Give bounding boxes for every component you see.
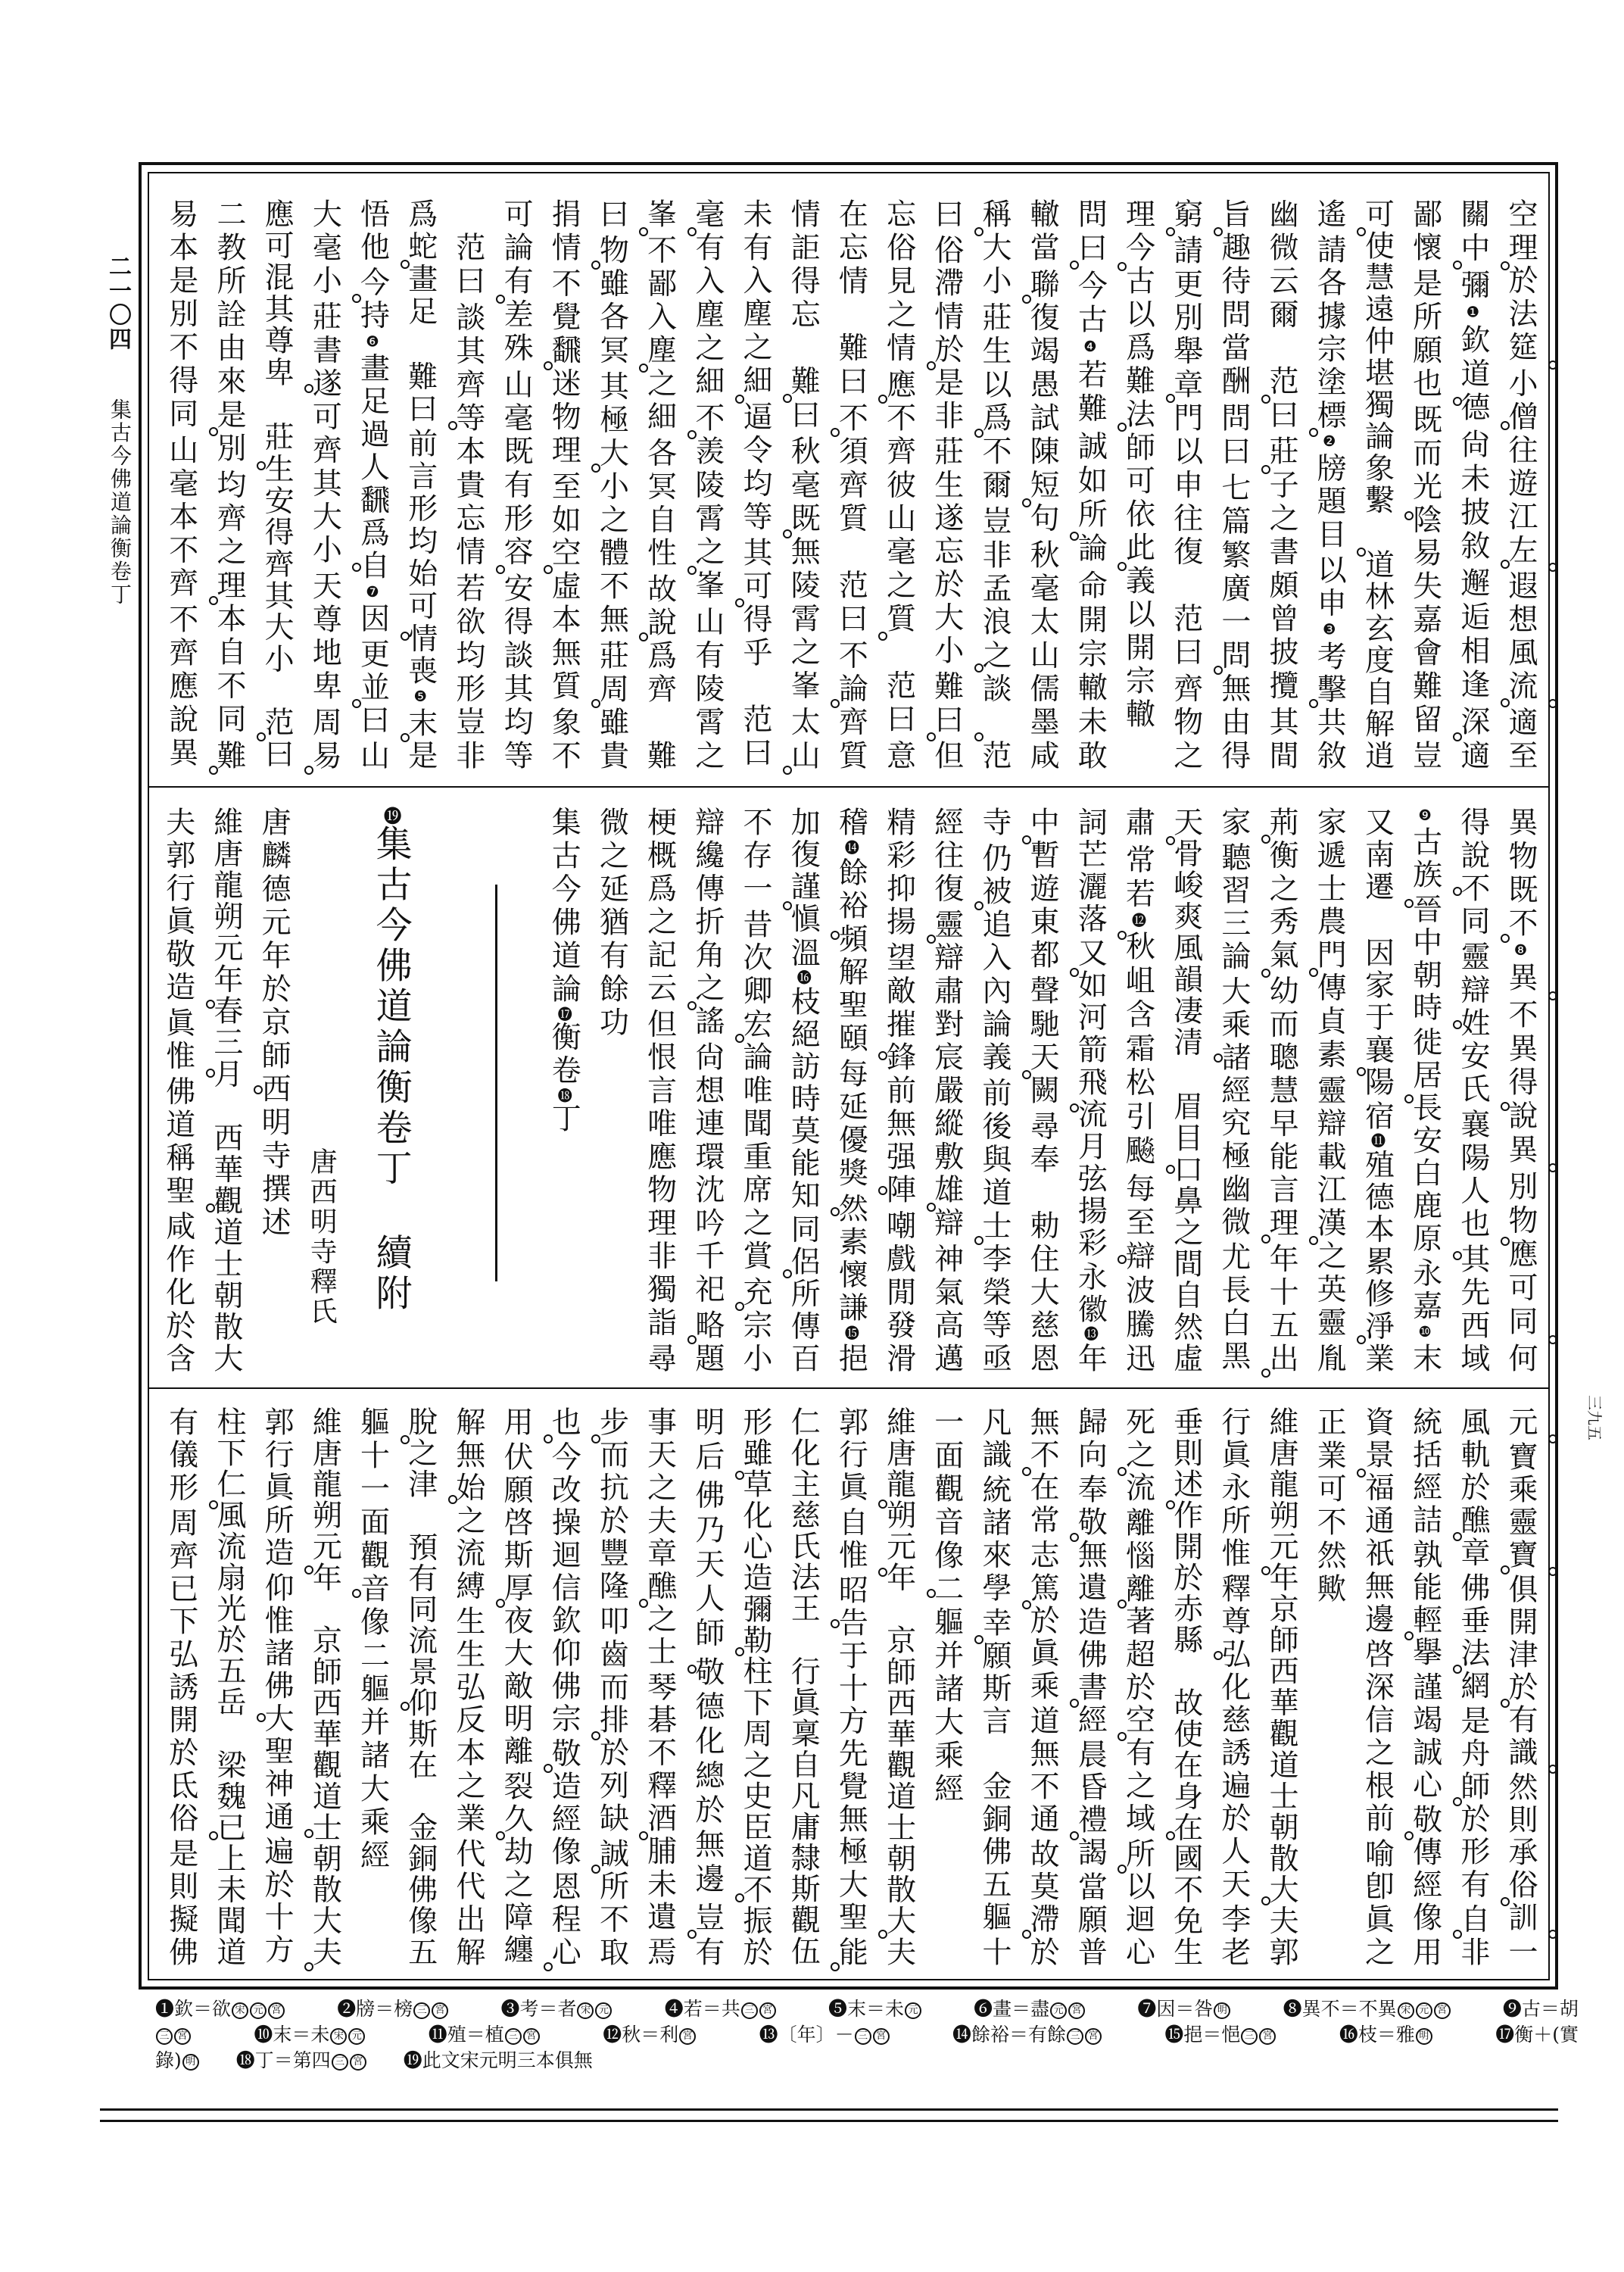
edition-siglum: 元 bbox=[905, 2002, 921, 2019]
edition-siglum: 元 bbox=[250, 2002, 267, 2019]
section-title-suffix: 續附 bbox=[369, 1234, 412, 1315]
scroll-end-title: 集古今佛道論⓱衡卷⓲丁 bbox=[540, 807, 588, 1373]
text-column: 垂則述作開於赤縣。 故使在身在國不免生 bbox=[1162, 1406, 1210, 1967]
edition-siglum: 三 bbox=[855, 2028, 871, 2045]
edition-siglum: 元 bbox=[595, 2002, 612, 2019]
footnote-marker: ❹ bbox=[1081, 338, 1099, 359]
text-column: 寺。仍被追入內論義。前後與道士李榮等亟 bbox=[971, 807, 1018, 1373]
footnote: 三宮 bbox=[155, 2022, 192, 2048]
text-column: 梗概爲之記云。但恨言唯應物理非獨詣。尋 bbox=[635, 807, 683, 1373]
text-column: 辯纔傳折角之謠。尙想連環沈吟千祀。略題 bbox=[684, 807, 731, 1373]
text-column: 不存一。昔次卿宏論唯聞重席之賞。充宗小 bbox=[731, 807, 779, 1373]
footnote: ❿末＝未宋元 bbox=[254, 2022, 366, 2048]
text-column: 二教所詮由來是別。均齊之理本自不同。難 bbox=[205, 198, 253, 770]
text-column: 遙。請各據宗塗標❷牓題目。以申❸考擊共敘 bbox=[1305, 198, 1353, 770]
text-column: 轍當。聯復竭愚試陳短句。秋毫太山儒墨咸 bbox=[1018, 198, 1066, 770]
side-page-number: 三九五 bbox=[1585, 1395, 1604, 1440]
text-column: 風軌於醮章。佛垂法網。是舟師於形有。自非 bbox=[1449, 1406, 1497, 1967]
edition-siglum: 三 bbox=[1067, 2028, 1083, 2045]
footnote-marker: ❽ bbox=[1512, 941, 1529, 962]
text-column: 脫之津。 預有同流景仰斯在 金銅佛像五 bbox=[397, 1406, 444, 1967]
text-column: 理。今古以爲難。法師可依此義以開宗轍 bbox=[1114, 198, 1161, 770]
text-column: 情詎得忘 難曰。秋毫既無陵霄之峯。太山 bbox=[779, 198, 827, 770]
footnote: ⓲丁＝第四三宮 bbox=[236, 2048, 367, 2074]
footnotes: ❶欽＝欲宋元宮 ❷牓＝榜三宮 ❸考＝者宋元 ❹若＝共三宮 ❺末＝未元 ❻畫＝盡元… bbox=[155, 1996, 1579, 2074]
footnote-marker: ⓯ bbox=[842, 1325, 859, 1343]
edition-siglum: 元 bbox=[348, 2028, 365, 2045]
text-column: 悟他。今持❻畫足過人飜爲自❼因。更並曰。山 bbox=[348, 198, 396, 770]
register-divider-upper bbox=[149, 786, 1548, 788]
footnote-marker: ❺ bbox=[412, 688, 429, 707]
text-column: 問曰。今古❹若難。誠如所論。命開宗轍未敢 bbox=[1066, 198, 1114, 770]
footnote: ⓱衡＋(實 bbox=[1495, 2022, 1579, 2048]
text-column: 無不在常。志篤於眞乘。道無不通。故莫滯於 bbox=[1018, 1406, 1066, 1967]
text-column: 正業。可不然歟 bbox=[1305, 1406, 1353, 1967]
text-column: 也。今改操迴信欽仰佛宗。敬造經像。恩程心 bbox=[540, 1406, 588, 1967]
text-column: 肅。常若⓬秋岨含霜松引飈。每至辯波騰迅 bbox=[1114, 807, 1161, 1373]
text-column: 死之流。離惱離著超於空有之域。所以迴心 bbox=[1114, 1406, 1161, 1967]
text-column: 未有入塵之細。逼令均等。其可得乎 范曰。 bbox=[731, 198, 779, 770]
edition-siglum: 明 bbox=[1214, 2002, 1230, 2019]
middle-register: 異物既不❽異。不異得說異。別物應可同。何 得說不同。靈辯姓安氏。襄陽人也。其先西… bbox=[151, 807, 1545, 1373]
text-column: 有儀形。周齊已下弘誘開於氐俗。是則擬佛 bbox=[157, 1406, 205, 1967]
text-column: 精彩抑揚。望敵摧鋒前無强陣。嘲戲閒發滑 bbox=[874, 807, 922, 1373]
edition-siglum: 宋 bbox=[577, 2002, 594, 2019]
text-column: 天骨峻爽風韻凄清。 眉目口鼻之間自然虛 bbox=[1162, 807, 1210, 1373]
footnote-marker: ⓰ bbox=[794, 969, 812, 986]
edition-siglum: 宮 bbox=[350, 2054, 366, 2071]
footnote: ⓯挹＝悒三宮 bbox=[1164, 2022, 1276, 2048]
author-line: 唐西明寺釋氏 bbox=[298, 807, 345, 1373]
text-column: 解無始之流縛。生生弘反本之業。代代出解 bbox=[444, 1406, 492, 1967]
text-column: 爲蛇畫足 難曰。前言形均始可情喪❺末是 bbox=[397, 198, 444, 770]
footnote-marker: ❼ bbox=[364, 583, 382, 603]
text-column: 維唐龍朔元年。 京師西華觀道士朝散大夫 bbox=[874, 1406, 922, 1967]
footnote-marker: ⓮ bbox=[842, 840, 859, 857]
text-column: 行眞永所惟。釋尊弘化慈誘遍於人天。李老 bbox=[1210, 1406, 1258, 1967]
footnote: ⓰枝＝雅明 bbox=[1339, 2022, 1433, 2048]
text-column: 形雖草化心造彌勒柱下周之史臣道不振於 bbox=[731, 1406, 779, 1967]
footnote: 錄)明 bbox=[155, 2048, 200, 2074]
page-number: 二一〇四 bbox=[104, 254, 130, 351]
edition-siglum: 宋 bbox=[232, 2002, 248, 2019]
text-column: 曰。物雖各冥。其極大小之體不無。莊周雖貴 bbox=[588, 198, 635, 770]
text-column: 幽微云爾 范曰。莊子之書頗曾披攬。其間 bbox=[1258, 198, 1305, 770]
text-column: 在忘情 難曰。不須齊質 范曰。不論齊質 bbox=[827, 198, 874, 770]
edition-siglum: 元 bbox=[1050, 2002, 1067, 2019]
footnote: ❻畫＝盡元宮 bbox=[974, 1996, 1086, 2022]
edition-siglum: 宋 bbox=[330, 2028, 347, 2045]
edition-siglum: 三 bbox=[741, 2002, 758, 2019]
edition-siglum: 宮 bbox=[759, 2002, 776, 2019]
footnote: ❸考＝者宋元 bbox=[500, 1996, 613, 2022]
text-column: 軀。十一面觀音像二軀。并諸大乘經 bbox=[348, 1406, 396, 1967]
edition-siglum: 明 bbox=[182, 2054, 199, 2071]
footnote-marker: ❻ bbox=[364, 332, 382, 352]
footnote-marker: ⓫ bbox=[1368, 1133, 1386, 1150]
footnote-marker: ⓲ bbox=[555, 1088, 572, 1103]
text-column: 仁化主慈氏法王。 行眞稟自凡庸隸斯觀伍。 bbox=[779, 1406, 827, 1967]
footnote-marker: ❾ bbox=[1417, 807, 1434, 826]
edition-siglum: 宮 bbox=[1085, 2028, 1102, 2045]
text-column: 元。寶乘靈寶。俱開津於有識。然則承俗訓。一 bbox=[1497, 1406, 1545, 1967]
text-column: 維唐龍朔元年。 京師西華觀道士朝散大夫 bbox=[301, 1406, 348, 1967]
footnote-line: 錄)明 ⓲丁＝第四三宮 ⓳此文宋元明三本俱無 bbox=[155, 2048, 1579, 2074]
section-rule-column bbox=[409, 807, 540, 1373]
text-column: 事天之夫章醮之士。琴碁不釋酒脯未遺。焉 bbox=[635, 1406, 683, 1967]
text-column: 歸向。奉敬無遺。造佛書經。晨昏禮謁。當願普 bbox=[1066, 1406, 1114, 1967]
footnote-marker: ❷ bbox=[1320, 432, 1338, 453]
footnote-marker: ⓳ bbox=[380, 807, 401, 825]
edition-siglum: 宮 bbox=[873, 2028, 890, 2045]
footnote-marker: ❶ bbox=[1464, 303, 1482, 324]
edition-siglum: 宋 bbox=[1398, 2002, 1414, 2019]
text-column: 步而抗於豐隆。叩齒而排於列缺。誠所不取 bbox=[588, 1406, 635, 1967]
footnote: ❺末＝未元 bbox=[828, 1996, 922, 2022]
text-column: 資景福通祇無邊。啓深信之根前。喻卽眞之 bbox=[1353, 1406, 1401, 1967]
edition-siglum: 三 bbox=[1241, 2028, 1258, 2045]
text-column: 加復謹愼。溫⓰枝絕訪時莫能知。同侶所傳百 bbox=[779, 807, 827, 1373]
text-column: ❾古族。晉中朝時。徙居長安白鹿原。永嘉❿末 bbox=[1401, 807, 1448, 1373]
text-column: 大毫小。莊書遂可齊其大小。天尊地卑。周易 bbox=[301, 198, 348, 770]
text-column: 維唐龍朔元年京師西華觀道士朝散大夫郭 bbox=[1258, 1406, 1305, 1967]
text-column: 可論有差殊。山毫既有形容。安得談其均等 bbox=[492, 198, 540, 770]
text-column: 凡識。統諸來學。幸願斯言 金銅佛五軀。十 bbox=[971, 1406, 1018, 1967]
text-column: 家遞士農門傳貞素。靈辯載江漢之英靈。胤 bbox=[1305, 807, 1353, 1373]
edition-siglum: 宮 bbox=[523, 2028, 540, 2045]
edition-siglum: 三 bbox=[413, 2002, 430, 2019]
edition-siglum: 宮 bbox=[1068, 2002, 1085, 2019]
section-title: ⓳集古今佛道論衡卷丁續附 bbox=[372, 807, 409, 1373]
text-column: 夫郭行眞敬造。眞惟。佛道稱聖。咸作化於含 bbox=[154, 807, 202, 1373]
text-column: 荊衡之秀氣。幼而聰慧早能言理。年十五出 bbox=[1258, 807, 1305, 1373]
text-column: 稱大小。莊生以爲不爾。豈非孟浪之談 范 bbox=[971, 198, 1018, 770]
text-column: 統括經詰。孰能輕擧。謹竭誠心。敬傳經像。用 bbox=[1401, 1406, 1448, 1967]
text-column: 忘俗見之情。應不齊彼山毫之質 范曰。意 bbox=[874, 198, 922, 770]
footnote: ❹若＝共三宮 bbox=[665, 1996, 777, 2022]
top-register: 空理於法筵。小僧往遊江左。遐想風流。適至 關中。彌❶欽道德。尙未披敘。邂逅相逢。… bbox=[157, 198, 1545, 770]
title-gap bbox=[391, 1190, 391, 1234]
footnote: ❽異不＝不異宋元宮 bbox=[1283, 1996, 1451, 2022]
footnote: ❷牓＝榜三宮 bbox=[337, 1996, 449, 2022]
text-column: 柱下仁風流扇光於五岳。 梁魏已上未聞道 bbox=[205, 1406, 253, 1967]
footnote-line: ❶欽＝欲宋元宮 ❷牓＝榜三宮 ❸考＝者宋元 ❹若＝共三宮 ❺末＝未元 ❻畫＝盡元… bbox=[155, 1996, 1579, 2022]
bottom-rule-lower bbox=[100, 2120, 1558, 2122]
edition-siglum: 宮 bbox=[174, 2028, 191, 2045]
text-column: 曰。俗滯情於是非。莊生遂忘於大小。難曰。但 bbox=[923, 198, 971, 770]
footnote: ❼因＝咎明 bbox=[1137, 1996, 1231, 2022]
edition-siglum: 宮 bbox=[268, 2002, 285, 2019]
text-column: 中暫遊東都。聲馳天闕。尋奉 勅住大慈恩 bbox=[1018, 807, 1066, 1373]
running-title: 集古今佛道論衡卷丁 bbox=[107, 398, 132, 607]
footnote: ⓫殖＝植三宮 bbox=[429, 2022, 541, 2048]
register-divider-lower bbox=[149, 1387, 1548, 1389]
edition-siglum: 宮 bbox=[432, 2002, 448, 2019]
section-divider-rule bbox=[495, 885, 497, 1281]
footnote-marker: ❸ bbox=[1320, 621, 1338, 641]
edition-siglum: 宮 bbox=[1259, 2028, 1276, 2045]
text-column: 關中。彌❶欽道德。尙未披敘。邂逅相逢。深適 bbox=[1449, 198, 1497, 770]
footnote: ⓭〔年〕－三宮 bbox=[759, 2022, 890, 2048]
edition-siglum: 宮 bbox=[679, 2028, 696, 2045]
footnote: ⓬秋＝利宮 bbox=[603, 2022, 697, 2048]
edition-siglum: 三 bbox=[505, 2028, 522, 2045]
text-column: 用。伏願啓斯厚夜大敵明離。裂久劫之障纏。 bbox=[492, 1406, 540, 1967]
text-column: 一面觀音像二軀。并諸大乘經 bbox=[923, 1406, 971, 1967]
text-column: 窮。請更別舉章門以申往復 范曰。齊物之 bbox=[1162, 198, 1210, 770]
footnote: ⓮餘裕＝有餘三宮 bbox=[952, 2022, 1102, 2048]
text-column: 可使慧遠仲堪獨論象繫。 道林玄度自解逍 bbox=[1353, 198, 1401, 770]
text-column: 又南遷。 因家于襄陽。宿⓫殖德本累修淨業 bbox=[1353, 807, 1401, 1373]
text-column: 異物既不❽異。不異得說異。別物應可同。何 bbox=[1497, 807, 1545, 1373]
text-column: 維唐龍朔元年春三月。 西華觀道士朝散大 bbox=[202, 807, 250, 1373]
text-column: 郭行眞。自惟。昭告于十方先覺無極大聖。能 bbox=[827, 1406, 874, 1967]
text-column: 應可混其尊卑。 莊生安得齊其大小 范曰。 bbox=[253, 198, 301, 770]
text-column: 詞芒灑落。又如河箭飛流月弦揚彩。永徽⓭年 bbox=[1066, 807, 1114, 1373]
bottom-rule-upper bbox=[100, 2108, 1558, 2111]
text-column: 易本是別不得同。山毫本不齊。不齊應說異。 bbox=[157, 198, 205, 770]
footnote: ❶欽＝欲宋元宮 bbox=[155, 1996, 285, 2022]
text-column: 空理於法筵。小僧往遊江左。遐想風流。適至 bbox=[1497, 198, 1545, 770]
section-title-text: ⓳集古今佛道論衡卷丁 bbox=[369, 807, 412, 1190]
edition-siglum: 三 bbox=[156, 2028, 173, 2045]
text-column: 明后。佛乃天人師。敬德化總於無邊。豈有 bbox=[684, 1406, 731, 1967]
footnote-marker: ⓭ bbox=[1081, 1326, 1099, 1343]
text-column: 稽⓮餘裕頻解聖頤。每延優獎。然素懷謙⓯挹 bbox=[827, 807, 874, 1373]
text-column: 捐情。不覺飜迷物理。至如空虛本無質。象不 bbox=[540, 198, 588, 770]
footnote-marker: ⓬ bbox=[1130, 913, 1147, 931]
text-column: 旨趣待問當酬。問曰。七篇繁廣一問無由得 bbox=[1210, 198, 1258, 770]
text-column: 經往復。靈辯肅對宸嚴縱敷雄辯。神氣高邁 bbox=[923, 807, 971, 1373]
footnote-marker: ❿ bbox=[1417, 1323, 1434, 1343]
edition-siglum: 三 bbox=[332, 2054, 348, 2071]
edition-siglum: 宮 bbox=[1434, 2002, 1451, 2019]
text-column: 郭行眞所造。仰惟諸佛大聖神通。遍於十方。 bbox=[253, 1406, 301, 1967]
footnote-line: 三宮 ❿末＝未宋元 ⓫殖＝植三宮 ⓬秋＝利宮 ⓭〔年〕－三宮 ⓮餘裕＝有餘三宮 … bbox=[155, 2022, 1579, 2048]
edition-siglum: 元 bbox=[1416, 2002, 1432, 2019]
text-column: 范曰。談其齊等本貴忘情。若欲均形豈非 bbox=[444, 198, 492, 770]
text-column: 峯。不鄙入塵之細。各冥自性。故說爲齊 難 bbox=[635, 198, 683, 770]
edition-siglum: 明 bbox=[1416, 2028, 1432, 2045]
footnote-marker: ⓱ bbox=[555, 1006, 572, 1022]
footnote: ⓳此文宋元明三本俱無 bbox=[404, 2048, 593, 2074]
text-column: 鄙懷。是所願也。既而光陰易失嘉會難留。豈 bbox=[1401, 198, 1448, 770]
bottom-register: 元。寶乘靈寶。俱開津於有識。然則承俗訓。一 風軌於醮章。佛垂法網。是舟師於形有。… bbox=[157, 1406, 1545, 1967]
text-column: 毫有入塵之細。不羨陵霄之峯。山有陵霄之 bbox=[684, 198, 731, 770]
text-column: 家。聽習三論。大乘諸經究極幽微。尤長白黑。 bbox=[1210, 807, 1258, 1373]
text-column: 微之延猶有餘功 bbox=[588, 807, 635, 1373]
footnote: ❾古＝胡 bbox=[1503, 1996, 1579, 2022]
